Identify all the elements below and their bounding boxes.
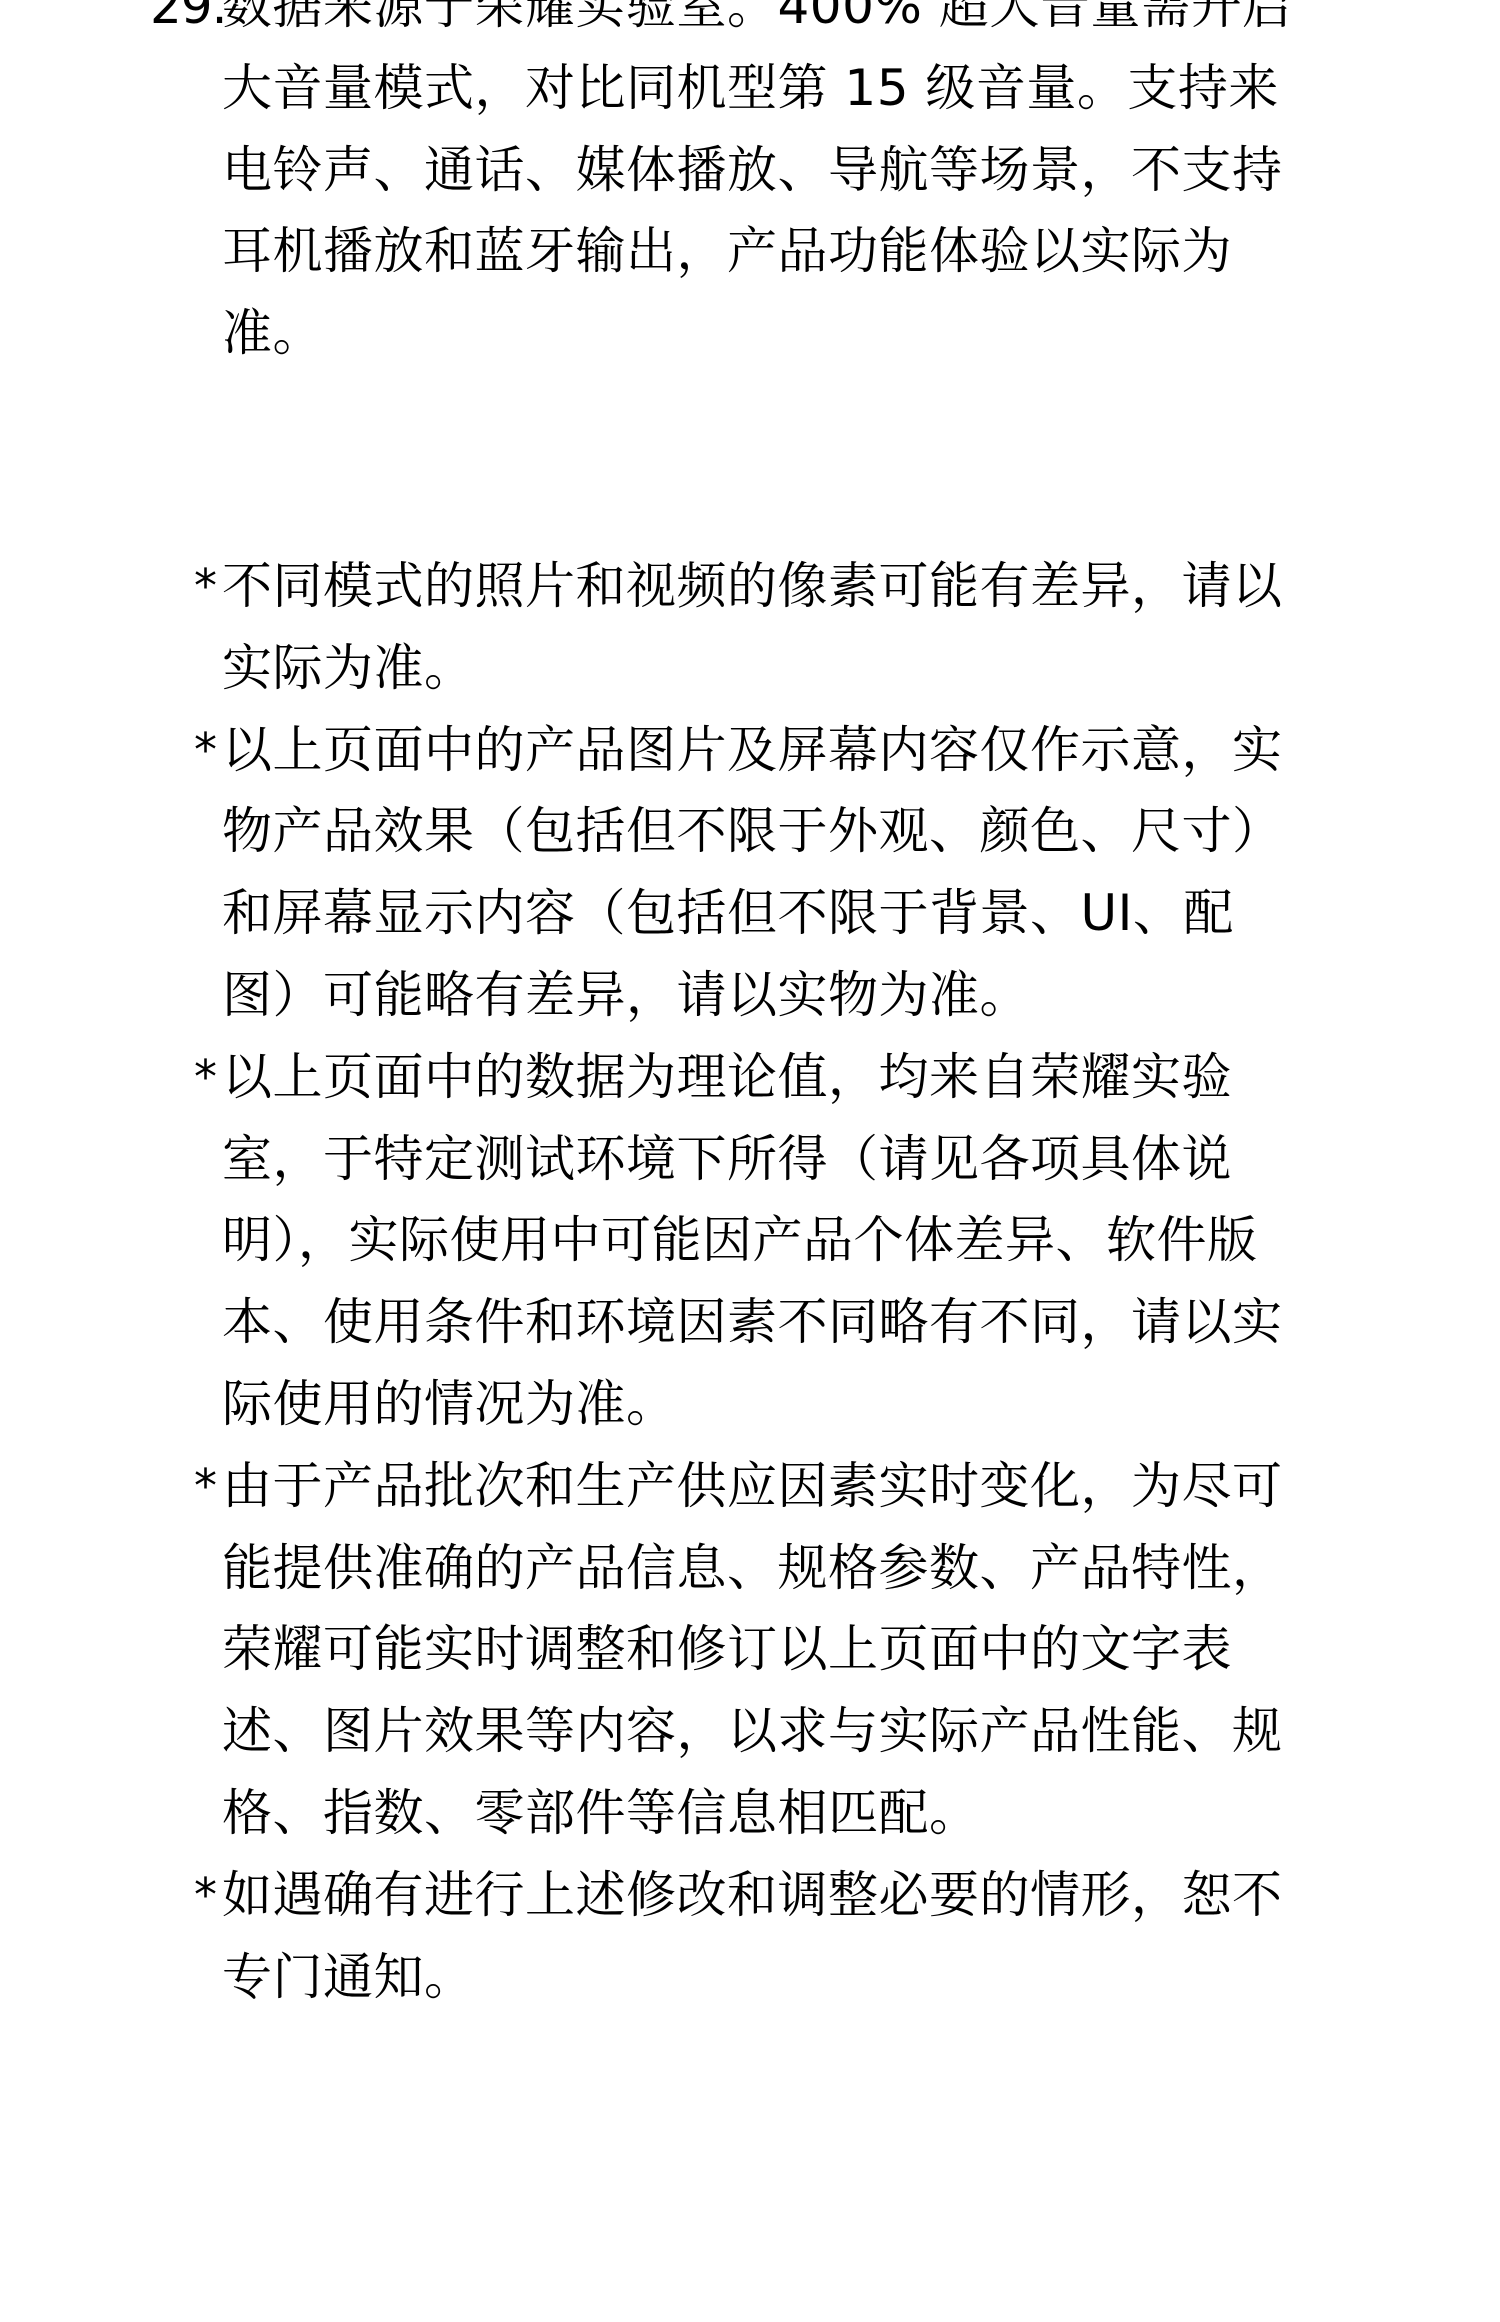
disclaimer-line: 图）可能略有差异，请以实物为准。 xyxy=(0,955,1500,1037)
disclaimer-line: 本、使用条件和环境因素不同略有不同，请以实 xyxy=(0,1282,1500,1364)
disclaimer-item-pixels: * 不同模式的照片和视频的像素可能有差异，请以 实际为准。 xyxy=(0,546,1500,710)
numbered-note-29: 29. 数据来源于荣耀实验室。400% 超大音量需开启 大音量模式，对比同机型第… xyxy=(0,0,1500,375)
disclaimer-line: 专门通知。 xyxy=(0,1937,1500,2019)
disclaimer-line: 荣耀可能实时调整和修订以上页面中的文字表 xyxy=(0,1609,1500,1691)
disclaimer-line: 格、指数、零部件等信息相匹配。 xyxy=(0,1773,1500,1855)
disclaimer-line: 实际为准。 xyxy=(0,628,1500,710)
disclaimer-line: 不同模式的照片和视频的像素可能有差异，请以 xyxy=(0,546,1500,628)
disclaimer-line: 以上页面中的产品图片及屏幕内容仅作示意，实 xyxy=(0,710,1500,792)
note-line: 数据来源于荣耀实验室。400% 超大音量需开启 xyxy=(0,0,1500,48)
disclaimer-line: 由于产品批次和生产供应因素实时变化，为尽可 xyxy=(0,1446,1500,1528)
disclaimer-page: 29. 数据来源于荣耀实验室。400% 超大音量需开启 大音量模式，对比同机型第… xyxy=(0,0,1500,2322)
disclaimer-line: 能提供准确的产品信息、规格参数、产品特性， xyxy=(0,1528,1500,1610)
numbered-notes: 29. 数据来源于荣耀实验室。400% 超大音量需开启 大音量模式，对比同机型第… xyxy=(0,0,1500,375)
note-line: 准。 xyxy=(0,293,1500,375)
note-line: 耳机播放和蓝牙输出，产品功能体验以实际为 xyxy=(0,211,1500,293)
disclaimer-line: 际使用的情况为准。 xyxy=(0,1364,1500,1446)
disclaimer-line: 室，于特定测试环境下所得（请见各项具体说 xyxy=(0,1119,1500,1201)
disclaimer-line: 以上页面中的数据为理论值，均来自荣耀实验 xyxy=(0,1037,1500,1119)
disclaimer-line: 物产品效果（包括但不限于外观、颜色、尺寸） xyxy=(0,791,1500,873)
disclaimer-line: 述、图片效果等内容，以求与实际产品性能、规 xyxy=(0,1691,1500,1773)
note-line: 大音量模式，对比同机型第 15 级音量。支持来 xyxy=(0,48,1500,130)
disclaimer-line: 如遇确有进行上述修改和调整必要的情形，恕不 xyxy=(0,1855,1500,1937)
disclaimer-line: 和屏幕显示内容（包括但不限于背景、UI、配 xyxy=(0,873,1500,955)
disclaimer-item-no-notice: * 如遇确有进行上述修改和调整必要的情形，恕不 专门通知。 xyxy=(0,1855,1500,2019)
disclaimer-item-batch-changes: * 由于产品批次和生产供应因素实时变化，为尽可 能提供准确的产品信息、规格参数、… xyxy=(0,1446,1500,1855)
disclaimer-item-data: * 以上页面中的数据为理论值，均来自荣耀实验 室，于特定测试环境下所得（请见各项… xyxy=(0,1037,1500,1446)
note-line: 电铃声、通话、媒体播放、导航等场景，不支持 xyxy=(0,130,1500,212)
disclaimer-item-images: * 以上页面中的产品图片及屏幕内容仅作示意，实 物产品效果（包括但不限于外观、颜… xyxy=(0,710,1500,1037)
disclaimer-line: 明），实际使用中可能因产品个体差异、软件版 xyxy=(0,1200,1500,1282)
disclaimer-list: * 不同模式的照片和视频的像素可能有差异，请以 实际为准。 * 以上页面中的产品… xyxy=(0,546,1500,2018)
